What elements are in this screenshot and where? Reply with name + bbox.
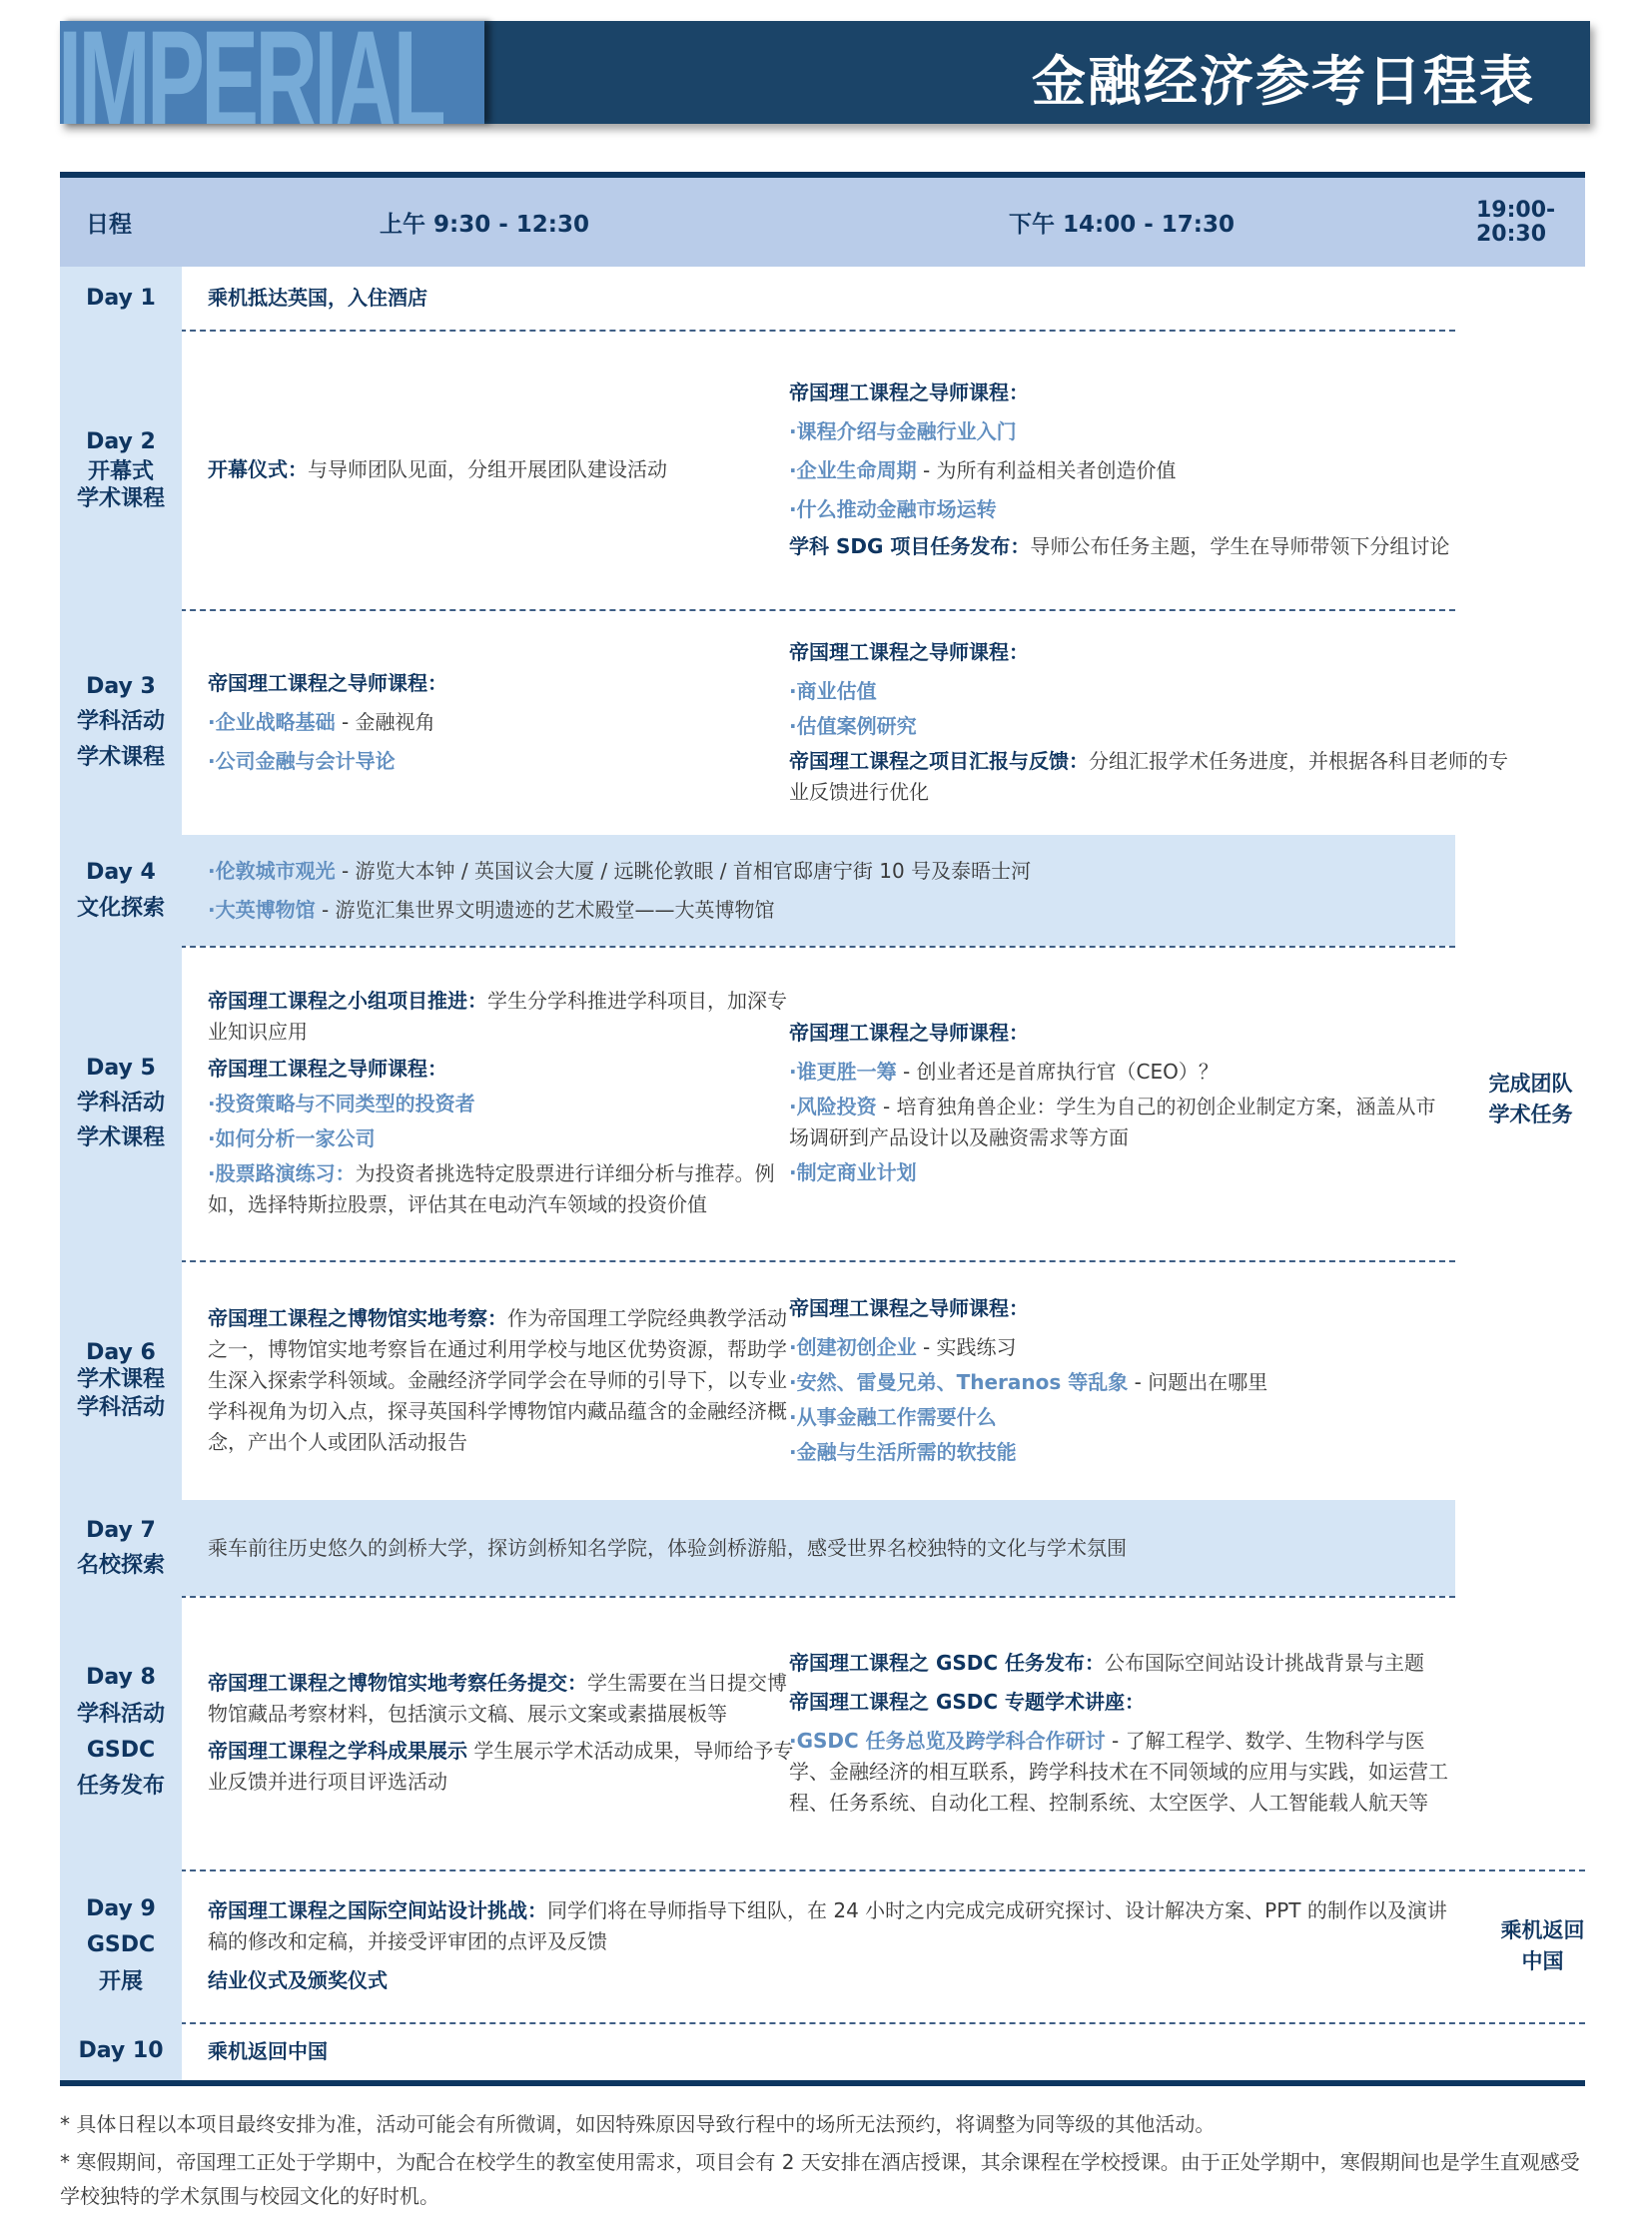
bullet-item: ·如何分析一家公司: [208, 1123, 797, 1154]
col-header-day: 日程: [86, 178, 132, 267]
session-heading: 帝国理工课程之导师课程：: [789, 637, 1508, 668]
col-header-evening-line2: 20:30: [1476, 223, 1546, 247]
morning-cell: 帝国理工课程之导师课程： ·企业战略基础 - 金融视角 ·公司金融与会计导论: [208, 609, 807, 835]
logo-text: IMPERIAL: [60, 21, 442, 124]
day-number: Day 5: [77, 1051, 165, 1086]
day-theme: 名校探索: [77, 1548, 165, 1583]
title-banner: IMPERIAL 金融经济参考日程表: [60, 21, 1590, 124]
table-row-day2: Day 2 开幕式 学术课程 开幕仪式：与导师团队见面，分组开展团队建设活动 帝…: [60, 330, 1585, 609]
col-header-afternoon: 下午 14:00 - 17:30: [1009, 178, 1235, 267]
afternoon-cell: 帝国理工课程之导师课程： ·创建初创企业 - 实践练习 ·安然、雷曼兄弟、The…: [789, 1260, 1448, 1500]
evening-note-line: 学术任务: [1489, 1100, 1573, 1130]
table-row-day6: Day 6 学术课程 学科活动 帝国理工课程之博物馆实地考察：作为帝国理工学院经…: [60, 1260, 1585, 1500]
morning-cell: 帝国理工课程之博物馆实地考察：作为帝国理工学院经典教学活动之一，博物馆实地考察旨…: [208, 1260, 797, 1500]
bullet-item: ·从事金融工作需要什么: [789, 1402, 1448, 1433]
activity-paragraph: 帝国理工课程之博物馆实地考察任务提交：学生需要在当日提交博物馆藏品考察材料，包括…: [208, 1668, 802, 1730]
bullet-item: ·GSDC 任务总览及跨学科合作研讨 - 了解工程学、数学、生物科学与医学、金融…: [789, 1726, 1448, 1819]
activity-paragraph: 学科 SDG 项目任务发布：导师公布任务主题，学生在导师带领下分组讨论: [789, 531, 1508, 562]
day-number: Day 3: [77, 669, 165, 704]
session-heading: 帝国理工课程之导师课程：: [789, 1293, 1448, 1324]
evening-cell-team-task: 完成团队 学术任务: [1476, 330, 1585, 1869]
activity-paragraph: 帝国理工课程之小组项目推进：学生分学科推进学科项目，加深专业知识应用: [208, 986, 797, 1048]
table-row-day9: Day 9 GSDC 开展 帝国理工课程之国际空间站设计挑战：同学们将在导师指导…: [60, 1869, 1585, 2022]
session-heading: 帝国理工课程之导师课程：: [208, 668, 807, 699]
bullet-item: ·制定商业计划: [789, 1157, 1448, 1188]
full-day-cell: 乘机抵达英国，入住酒店: [208, 267, 1496, 330]
imperial-logo: IMPERIAL: [60, 21, 484, 124]
activity-paragraph: 帝国理工课程之学科成果展示 学生展示学术活动成果，导师给予专业反馈并进行项目评选…: [208, 1736, 802, 1798]
day-theme: 学术课程: [77, 1366, 165, 1394]
bullet-item: ·金融与生活所需的软技能: [789, 1437, 1448, 1468]
day-number: Day 1: [86, 281, 156, 316]
activity-text: 与导师团队见面，分组开展团队建设活动: [308, 457, 667, 481]
bullet-item: ·公司金融与会计导论: [208, 746, 807, 777]
day-theme: 学术课程: [77, 740, 165, 775]
day-number: Day 10: [78, 2033, 163, 2068]
bullet-item: ·什么推动金融市场运转: [789, 494, 1508, 525]
day-theme: 学术课程: [77, 485, 165, 514]
day-number: Day 6: [77, 1339, 165, 1367]
day-theme: 学科活动: [77, 704, 165, 739]
session-heading: 帝国理工课程之导师课程：: [208, 1054, 797, 1085]
day-theme: 学科活动: [77, 1697, 165, 1733]
day-label: Day 8 学科活动 GSDC 任务发布: [60, 1596, 182, 1869]
afternoon-cell: 帝国理工课程之导师课程： ·谁更胜一筹 - 创业者还是首席执行官（CEO）？ ·…: [789, 946, 1448, 1260]
afternoon-cell: 帝国理工课程之导师课程： ·课程介绍与金融行业入门 ·企业生命周期 - 为所有利…: [789, 330, 1508, 609]
table-header: 日程 上午 9:30 - 12:30 下午 14:00 - 17:30 19:0…: [60, 172, 1585, 267]
footnote: * 具体日程以本项目最终安排为准，活动可能会有所微调，如因特殊原因导致行程中的场…: [60, 2107, 1593, 2141]
day-label: Day 9 GSDC 开展: [60, 1869, 182, 2022]
session-heading: 帝国理工课程之导师课程：: [789, 1018, 1448, 1049]
evening-cell-return: 乘机返回 中国: [1488, 1869, 1597, 2022]
day-theme: GSDC: [86, 1927, 156, 1963]
day-label: Day 7 名校探索: [60, 1500, 182, 1596]
morning-cell: 帝国理工课程之小组项目推进：学生分学科推进学科项目，加深专业知识应用 帝国理工课…: [208, 946, 797, 1260]
table-bottom-rule: [60, 2080, 1585, 2086]
bullet-item: ·谁更胜一筹 - 创业者还是首席执行官（CEO）？: [789, 1057, 1448, 1088]
day-label: Day 6 学术课程 学科活动: [60, 1260, 182, 1500]
col-header-morning: 上午 9:30 - 12:30: [380, 178, 589, 267]
day-label: Day 1: [60, 267, 182, 330]
day-label: Day 2 开幕式 学术课程: [60, 330, 182, 609]
day-label: Day 5 学科活动 学术课程: [60, 946, 182, 1260]
schedule-table: 日程 上午 9:30 - 12:30 下午 14:00 - 17:30 19:0…: [60, 172, 1585, 267]
bullet-item: ·估值案例研究: [789, 711, 1508, 742]
day-label: Day 3 学科活动 学术课程: [60, 609, 182, 835]
col-header-evening: 19:00- 20:30: [1476, 178, 1576, 267]
page-title: 金融经济参考日程表: [1032, 39, 1535, 116]
full-day-cell: 帝国理工课程之国际空间站设计挑战：同学们将在导师指导下组队，在 24 小时之内完…: [208, 1869, 1466, 2022]
day-theme: 文化探索: [77, 891, 165, 926]
full-day-cell: 乘机返回中国: [208, 2022, 1496, 2080]
day-theme: 学科活动: [77, 1086, 165, 1120]
bullet-item: ·股票路演练习：为投资者挑选特定股票进行详细分析与推荐。例如，选择特斯拉股票，评…: [208, 1158, 797, 1220]
day-theme: 开展: [86, 1964, 156, 2000]
activity-paragraph: 帝国理工课程之博物馆实地考察：作为帝国理工学院经典教学活动之一，博物馆实地考察旨…: [208, 1303, 797, 1458]
day-theme: 学术课程: [77, 1120, 165, 1155]
col-header-evening-line1: 19:00-: [1476, 199, 1555, 223]
afternoon-cell: 帝国理工课程之 GSDC 任务发布：公布国际空间站设计挑战背景与主题 帝国理工课…: [789, 1596, 1448, 1869]
bullet-item: ·商业估值: [789, 676, 1508, 707]
session-heading: 帝国理工课程之 GSDC 专题学术讲座：: [789, 1687, 1448, 1718]
bullet-item: ·企业战略基础 - 金融视角: [208, 707, 807, 738]
day-theme: 学科活动: [77, 1394, 165, 1422]
table-row-day7: Day 7 名校探索 乘车前往历史悠久的剑桥大学，探访剑桥知名学院，体验剑桥游船…: [60, 1500, 1585, 1596]
footnote: * 寒假期间，帝国理工正处于学期中，为配合在校学生的教室使用需求，项目会有 2 …: [60, 2145, 1593, 2213]
bullet-item: ·安然、雷曼兄弟、Theranos 等乱象 - 问题出在哪里: [789, 1367, 1448, 1398]
day-theme: GSDC: [77, 1733, 165, 1769]
day-number: Day 2: [77, 424, 165, 459]
morning-cell: 开幕仪式：与导师团队见面，分组开展团队建设活动: [208, 330, 807, 609]
day-number: Day 4: [77, 855, 165, 890]
activity-paragraph: 帝国理工课程之 GSDC 任务发布：公布国际空间站设计挑战背景与主题: [789, 1648, 1448, 1679]
evening-note-line: 乘机返回: [1501, 1915, 1585, 1946]
bullet-item: ·创建初创企业 - 实践练习: [789, 1332, 1448, 1363]
bullet-item: ·投资策略与不同类型的投资者: [208, 1089, 797, 1119]
table-row-day3: Day 3 学科活动 学术课程 帝国理工课程之导师课程： ·企业战略基础 - 金…: [60, 609, 1585, 835]
activity-title: 开幕仪式：: [208, 457, 308, 481]
bullet-item: ·企业生命周期 - 为所有利益相关者创造价值: [789, 455, 1508, 486]
day-theme: 任务发布: [77, 1769, 165, 1805]
bullet-item: ·风险投资 - 培育独角兽企业：学生为自己的初创企业制定方案，涵盖从市场调研到产…: [789, 1092, 1448, 1153]
day-label: Day 10: [60, 2022, 182, 2080]
day-number: Day 9: [86, 1891, 156, 1927]
table-row-day10: Day 10 乘机返回中国: [60, 2022, 1585, 2080]
day-number: Day 7: [77, 1513, 165, 1548]
full-day-cell: ·伦敦城市观光 - 游览大本钟 / 英国议会大厦 / 远眺伦敦眼 / 首相官邸唐…: [208, 835, 1496, 946]
bullet-item: ·大英博物馆 - 游览汇集世界文明遗迹的艺术殿堂——大英博物馆: [208, 895, 1496, 926]
table-row-day8: Day 8 学科活动 GSDC 任务发布 帝国理工课程之博物馆实地考察任务提交：…: [60, 1596, 1585, 1869]
afternoon-cell: 帝国理工课程之导师课程： ·商业估值 ·估值案例研究 帝国理工课程之项目汇报与反…: [789, 609, 1508, 835]
activity-title: 结业仪式及颁奖仪式: [208, 1965, 1466, 1996]
evening-note-line: 完成团队: [1489, 1069, 1573, 1100]
full-day-cell: 乘车前往历史悠久的剑桥大学，探访剑桥知名学院，体验剑桥游船，感受世界名校独特的文…: [208, 1500, 1496, 1596]
day-label: Day 4 文化探索: [60, 835, 182, 946]
activity-paragraph: 帝国理工课程之国际空间站设计挑战：同学们将在导师指导下组队，在 24 小时之内完…: [208, 1895, 1466, 1957]
table-row-day1: Day 1 乘机抵达英国，入住酒店: [60, 267, 1585, 330]
table-row-day4: Day 4 文化探索 ·伦敦城市观光 - 游览大本钟 / 英国议会大厦 / 远眺…: [60, 835, 1585, 946]
table-row-day5: Day 5 学科活动 学术课程 帝国理工课程之小组项目推进：学生分学科推进学科项…: [60, 946, 1585, 1260]
bullet-item: ·伦敦城市观光 - 游览大本钟 / 英国议会大厦 / 远眺伦敦眼 / 首相官邸唐…: [208, 856, 1496, 887]
day-number: Day 8: [77, 1660, 165, 1696]
session-heading: 帝国理工课程之导师课程：: [789, 377, 1508, 408]
activity-paragraph: 帝国理工课程之项目汇报与反馈：分组汇报学术任务进度，并根据各科目老师的专业反馈进…: [789, 746, 1508, 808]
bullet-item: ·课程介绍与金融行业入门: [789, 416, 1508, 447]
footnotes: * 具体日程以本项目最终安排为准，活动可能会有所微调，如因特殊原因导致行程中的场…: [60, 2107, 1593, 2217]
day-theme: 开幕式: [77, 459, 165, 485]
morning-cell: 帝国理工课程之博物馆实地考察任务提交：学生需要在当日提交博物馆藏品考察材料，包括…: [208, 1596, 802, 1869]
evening-note-line: 中国: [1522, 1946, 1564, 1977]
